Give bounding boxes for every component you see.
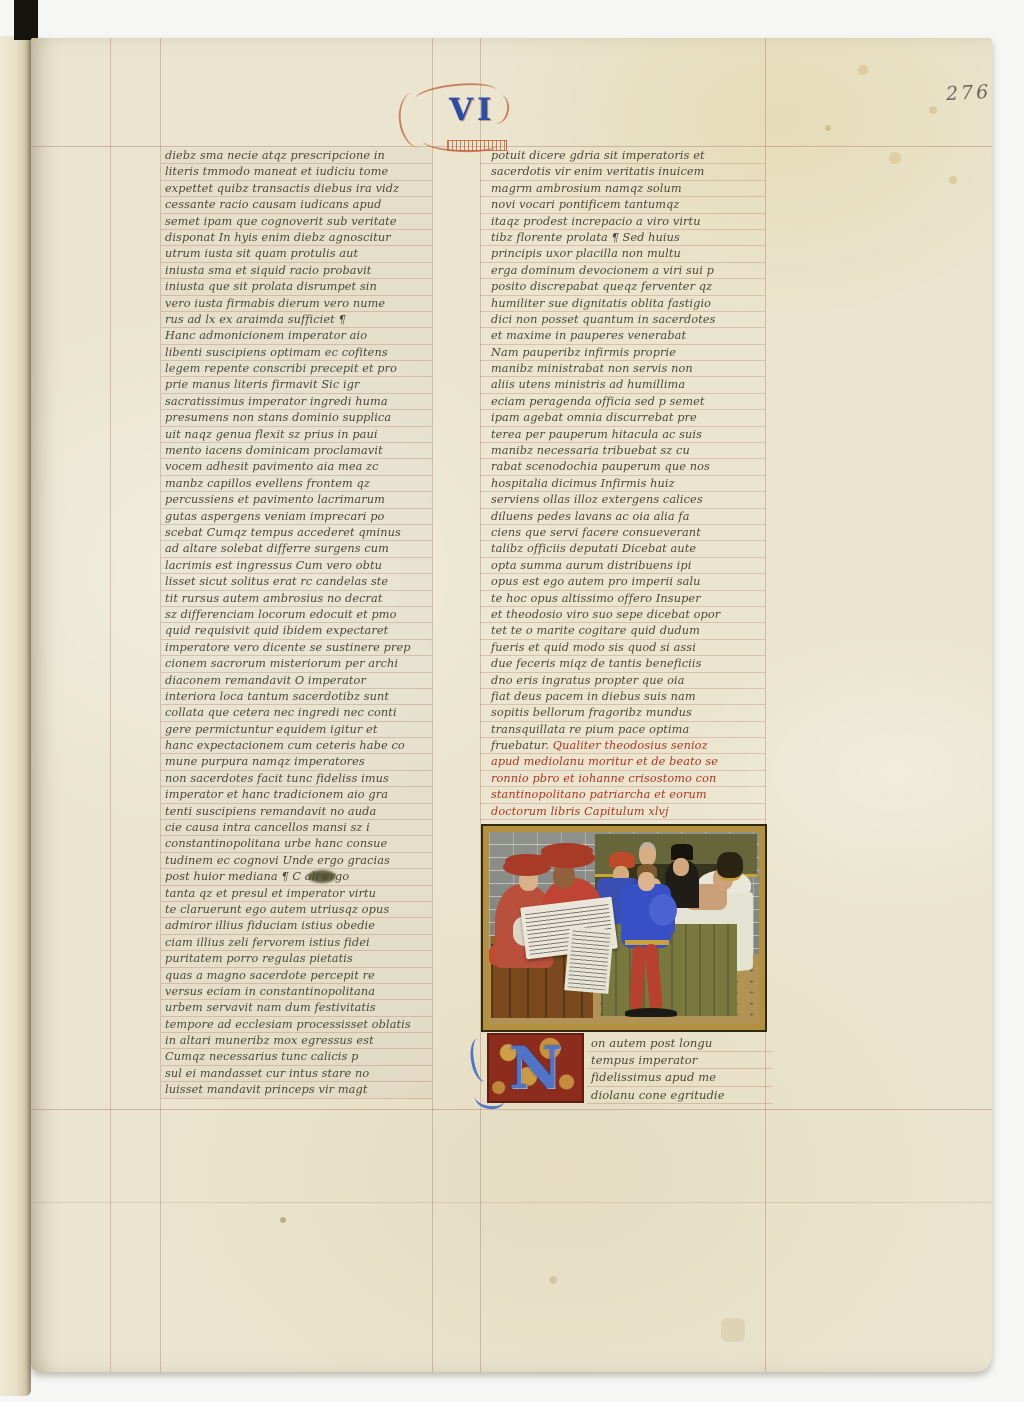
manuscript-text-line: erga dominum devocionem a viri sui p (480, 263, 765, 279)
manuscript-text-line: sul ei mandasset cur intus stare no (161, 1066, 432, 1082)
black-ink-text: fruebatur. (491, 739, 549, 752)
manuscript-text-line: due feceris miqz de tantis beneficiis (480, 656, 765, 672)
manuscript-text-line: vero iusta firmabis dierum vero nume (161, 296, 432, 312)
courtier-shoes (625, 1008, 677, 1017)
courtier-face (638, 872, 655, 891)
manuscript-text-line: aliis utens ministris ad humillima (480, 377, 765, 393)
manuscript-text-line: ciam illius zeli fervorem istius fidei (161, 935, 432, 951)
folio-number: 276 (945, 81, 991, 105)
parchment-stains (31, 38, 35, 42)
text-column-left: diebz sma necie atqz prescripcione inlit… (161, 148, 432, 1099)
text-column-right: potuit dicere gdria sit imperatoris etsa… (480, 148, 765, 820)
ruling-horizontal-lower-faint (31, 1202, 992, 1203)
manuscript-text-line: manibz ministrabat non servis non (480, 361, 765, 377)
manuscript-text-line: expettet quibz transactis diebus ira vid… (161, 181, 432, 197)
manuscript-text-line: diolanu cone egritudie (587, 1087, 773, 1104)
ink-blot (308, 870, 336, 883)
manuscript-photo: VI 276 diebz sma necie atqz prescripcion… (0, 0, 1024, 1402)
manuscript-text-line: fueris et quid modo sis quod si assi (480, 640, 765, 656)
rubric-text-line: doctorum libris Capitulum xlvj (480, 804, 765, 820)
initial-letter: N (509, 1039, 562, 1097)
manuscript-text-line: tudinem ec cognovi Unde ergo gracias (161, 853, 432, 869)
miniature-scene (489, 832, 759, 1024)
manuscript-text-line: Hanc admonicionem imperator aio (161, 328, 432, 344)
manuscript-text-line: terea per pauperum hitacula ac suis (480, 427, 765, 443)
manuscript-text-line: sacratissimus imperator ingredi huma (161, 394, 432, 410)
manuscript-text-line: imperatore vero dicente se sustinere pre… (161, 640, 432, 656)
grayhaired-attendant-face (639, 842, 656, 866)
manuscript-text-line: imperator et hanc tradicionem aio gra (161, 787, 432, 803)
manuscript-text-line: Cumqz necessarius tunc calicis p (161, 1049, 432, 1065)
manuscript-text-line: tanta qz et presul et imperator virtu (161, 886, 432, 902)
manuscript-text-line: interiora loca tantum sacerdotibz sunt (161, 689, 432, 705)
manuscript-text-line: diebz sma necie atqz prescripcione in (161, 148, 432, 164)
manuscript-text-line: novi vocari pontificem tantumqz (480, 197, 765, 213)
ruling-horizontal-bottom (31, 1109, 992, 1110)
manuscript-text-line: prie manus literis firmavit Sic igr (161, 377, 432, 393)
ruling-horizontal-top (31, 146, 992, 147)
manuscript-text-line: tit rursus autem ambrosius no decrat (161, 591, 432, 607)
manuscript-text-line: tenti suscipiens remandavit no auda (161, 804, 432, 820)
manuscript-text-line: on autem post longu (587, 1035, 773, 1052)
manuscript-text-line: iniusta sma et siquid racio probavit (161, 263, 432, 279)
manuscript-text-line: ad altare solebat differre surgens cum (161, 541, 432, 557)
manuscript-text-line: constantinopolitana urbe hanc consue (161, 836, 432, 852)
rubric-text-line: stantinopolitano patriarcha et eorum (480, 787, 765, 803)
manuscript-text-line: post huior mediana ¶ C ali ergo (161, 869, 432, 885)
manuscript-text-line: mento iacens dominicam proclamavit (161, 443, 432, 459)
manuscript-text-line: literis tmmodo maneat et iudiciu tome (161, 164, 432, 180)
manuscript-text-line: quid requisivit quid ibidem expectaret (161, 623, 432, 639)
manuscript-text-line: humiliter sue dignitatis oblita fastigio (480, 296, 765, 312)
manuscript-text-line: legem repente conscribi precepit et pro (161, 361, 432, 377)
miniature-deathbed-of-theodosius (483, 826, 765, 1030)
physician-face (673, 858, 689, 876)
manuscript-text-line: tet te o marite cogitare quid dudum (480, 623, 765, 639)
courtier-puffed-sleeve (649, 894, 677, 926)
manuscript-text-line: non sacerdotes facit tunc fideliss imus (161, 771, 432, 787)
manuscript-text-line: versus eciam in constantinopolitana (161, 984, 432, 1000)
manuscript-text-line: manbz capillos evellens frontem qz (161, 476, 432, 492)
manuscript-text-line: fidelissimus apud me (587, 1069, 773, 1086)
mixed-ink-rubric-line: fruebatur. Qualiter theodosius senioz (480, 738, 765, 754)
ruling-vertical-outer-left (110, 38, 111, 1372)
manuscript-text-line: cionem sacrorum misteriorum per archi (161, 656, 432, 672)
manuscript-text-line: libenti suscipiens optimam ec cofitens (161, 345, 432, 361)
manuscript-text-line: te hoc opus altissimo offero Insuper (480, 591, 765, 607)
manuscript-text-line: in altari muneribz mox egressus est (161, 1033, 432, 1049)
illuminated-initial: N (487, 1033, 584, 1103)
manuscript-text-line: magrm ambrosium namqz solum (480, 181, 765, 197)
manuscript-text-line: principis uxor placilla non multu (480, 246, 765, 262)
book-numeral: VI (449, 92, 496, 128)
manuscript-text-line: hospitalia dicimus Infirmis huiz (480, 476, 765, 492)
manuscript-text-line: tempus imperator (587, 1052, 773, 1069)
manuscript-text-line: vocem adhesit pavimento aia mea zc (161, 459, 432, 475)
manuscript-text-line: sopitis bellorum fragoribz mundus (480, 705, 765, 721)
manuscript-text-line: opus est ego autem pro imperii salu (480, 574, 765, 590)
manuscript-text-line: te claruerunt ego autem utriusqz opus (161, 902, 432, 918)
manuscript-text-line: gere permictuntur equidem igitur et (161, 722, 432, 738)
manuscript-text-line: scebat Cumqz tempus accederet qminus (161, 525, 432, 541)
manuscript-text-line: potuit dicere gdria sit imperatoris et (480, 148, 765, 164)
rubric-text: Qualiter theodosius senioz (553, 739, 708, 752)
rubric-text-line: ronnio pbro et iohanne crisostomo con (480, 771, 765, 787)
manuscript-text-line: percussiens et pavimento lacrimarum (161, 492, 432, 508)
manuscript-page: VI 276 diebz sma necie atqz prescripcion… (31, 38, 992, 1372)
manuscript-text-line: itaqz prodest increpacio a viro virtu (480, 214, 765, 230)
manuscript-text-line: rus ad lx ex araimda sufficiet ¶ (161, 312, 432, 328)
manuscript-text-line: disponat In hyis enim diebz agnoscitur (161, 230, 432, 246)
manuscript-text-line: fiat deus pacem in diebus suis nam (480, 689, 765, 705)
chapter-rubric: apud mediolanu moritur et de beato seron… (480, 754, 765, 820)
closing-text-lines: on autem post longutempus imperatorfidel… (587, 1035, 773, 1104)
manuscript-text-line: serviens ollas illoz extergens calices (480, 492, 765, 508)
manuscript-text-line: dici non posset quantum in sacerdotes (480, 312, 765, 328)
emperor-crown (717, 852, 743, 881)
manuscript-text-line: diluens pedes lavans ac oia alia fa (480, 509, 765, 525)
manuscript-text-line: et maxime in pauperes venerabat (480, 328, 765, 344)
manuscript-text-line: uit naqz genua flexit sz prius in paui (161, 427, 432, 443)
ruling-vertical-col2-right (765, 38, 766, 1372)
manuscript-text-line: admiror illius fiduciam istius obedie (161, 918, 432, 934)
manuscript-text-line: talibz officiis deputati Dicebat aute (480, 541, 765, 557)
manuscript-text-line: mune purpura namqz imperatores (161, 754, 432, 770)
manuscript-text-line: transquillata re pium pace optima (480, 722, 765, 738)
manuscript-text-line: diaconem remandavit O imperator (161, 673, 432, 689)
manuscript-text-line: tibz florente prolata ¶ Sed huius (480, 230, 765, 246)
manuscript-text-line: dno eris ingratus propter que oia (480, 673, 765, 689)
manuscript-text-line: et theodosio viro suo sepe dicebat opor (480, 607, 765, 623)
manuscript-text-line: gutas aspergens veniam imprecari po (161, 509, 432, 525)
manuscript-text-line: rabat scenodochia pauperum que nos (480, 459, 765, 475)
manuscript-text-line: eciam peragenda officia sed p semet (480, 394, 765, 410)
manuscript-text-line: collata que cetera nec ingredi nec conti (161, 705, 432, 721)
manuscript-text-line: urbem servavit nam dum festivitatis (161, 1000, 432, 1016)
facing-page-edge (0, 36, 31, 1396)
manuscript-text-line: puritatem porro regulas pietatis (161, 951, 432, 967)
cardinal-right-galero-hat (539, 848, 595, 868)
manuscript-text-line: sacerdotis vir enim veritatis inuicem (480, 164, 765, 180)
manuscript-text-line: lisset sicut solitus erat rc candelas st… (161, 574, 432, 590)
rubric-text-line: apud mediolanu moritur et de beato se (480, 754, 765, 770)
manuscript-text-line: semet ipam que cognoverit sub veritate (161, 214, 432, 230)
manuscript-text-line: luisset mandavit princeps vir magt (161, 1082, 432, 1098)
column-right-black-text: potuit dicere gdria sit imperatoris etsa… (480, 148, 765, 738)
manuscript-text-line: ipam agebat omnia discurrebat pre (480, 410, 765, 426)
hanging-page (564, 926, 613, 994)
manuscript-text-line: posito discrepabat queqz ferventer qz (480, 279, 765, 295)
manuscript-text-line: lacrimis est ingressus Cum vero obtu (161, 558, 432, 574)
manuscript-text-line: cie causa intra cancellos mansi sz i (161, 820, 432, 836)
manuscript-text-line: opta summa aurum distribuens ipi (480, 558, 765, 574)
header-ornament: VI (397, 82, 509, 158)
manuscript-text-line: iniusta que sit prolata disrumpet sin (161, 279, 432, 295)
manuscript-text-line: tempore ad ecclesiam processisset oblati… (161, 1017, 432, 1033)
binding-tab (14, 0, 38, 40)
manuscript-text-line: presumens non stans dominio supplica (161, 410, 432, 426)
manuscript-text-line: manibz necessaria tribuebat sz cu (480, 443, 765, 459)
ruling-vertical-col1-right (432, 38, 433, 1372)
manuscript-text-line: Nam pauperibz infirmis proprie (480, 345, 765, 361)
manuscript-text-line: hanc expectacionem cum ceteris habe co (161, 738, 432, 754)
manuscript-text-line: cessante racio causam iudicans apud (161, 197, 432, 213)
manuscript-text-line: utrum iusta sit quam protulis aut (161, 246, 432, 262)
manuscript-text-line: sz differenciam locorum edocuit et pmo (161, 607, 432, 623)
manuscript-text-line: ciens que servi facere consueverant (480, 525, 765, 541)
manuscript-text-line: quas a magno sacerdote percepit re (161, 968, 432, 984)
